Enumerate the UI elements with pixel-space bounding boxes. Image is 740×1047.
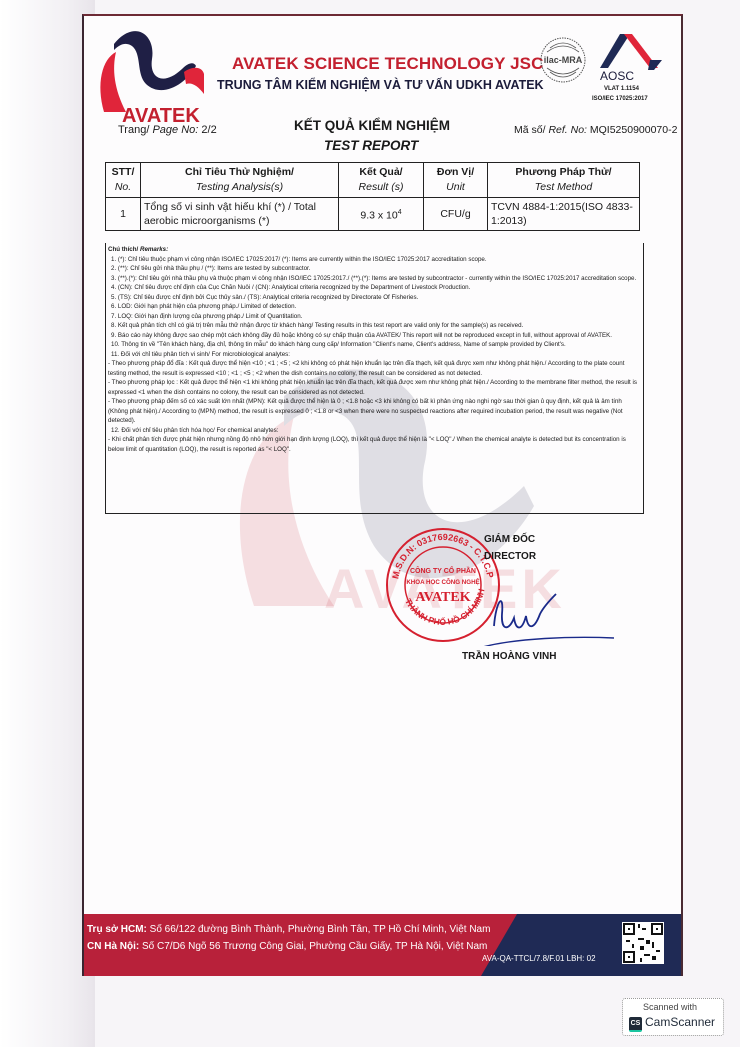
cell-no: 1 <box>106 198 141 231</box>
form-code: AVA-QA-TTCL/7.8/F.01 LBH: 02 <box>482 954 596 963</box>
results-table: STT/No. Chỉ Tiêu Thử Nghiệm/Testing Anal… <box>105 162 640 231</box>
company-name: AVATEK SCIENCE TECHNOLOGY JSC <box>232 54 543 74</box>
col-header-analysis: Chỉ Tiêu Thử Nghiệm/Testing Analysis(s) <box>141 163 339 198</box>
table-row: 1 Tổng số vi sinh vật hiếu khí (*) / Tot… <box>106 198 640 231</box>
cell-result: 9.3 x 104 <box>339 198 424 231</box>
handwritten-signature-icon <box>474 586 614 646</box>
qr-code-icon <box>622 922 664 964</box>
footer-band: Trụ sở HCM: Số 66/122 đường Bình Thành, … <box>84 914 681 976</box>
svg-text:KHOA HỌC CÔNG NGHỆ: KHOA HỌC CÔNG NGHỆ <box>406 578 479 586</box>
remark-item: 4. (CN): Chỉ tiêu được chỉ định của Cục … <box>108 283 641 293</box>
remark-sub-item: - Theo phương pháp lọc : Kết quả được th… <box>108 378 641 397</box>
remark-sub-item: - Theo phương pháp đổ đĩa : Kết quả được… <box>108 359 641 378</box>
ref-label-vn: Mã số/ <box>514 124 546 136</box>
remark-item: 10. Thông tin về "Tên khách hàng, địa ch… <box>108 340 641 350</box>
center-name: TRUNG TÂM KIỂM NGHIỆM VÀ TƯ VẤN UDKH AVA… <box>217 78 544 92</box>
remarks-header: Chú thích/ Remarks: <box>108 245 641 255</box>
remark-item: 1. (*): Chỉ tiêu thuộc phạm vi công nhận… <box>108 255 641 265</box>
footer-hcm-address: Trụ sở HCM: Số 66/122 đường Bình Thành, … <box>87 924 490 935</box>
cell-analysis: Tổng số vi sinh vật hiếu khí (*) / Total… <box>141 198 339 231</box>
report-title-en: TEST REPORT <box>324 138 418 153</box>
page-background-edge <box>0 0 95 1047</box>
remarks-box: Chú thích/ Remarks: 1. (*): Chỉ tiêu thu… <box>105 243 644 514</box>
page-label-vn: Trang/ <box>118 124 149 136</box>
scanned-with-label: Scanned with <box>643 1002 697 1012</box>
reference-number: Mã số/ Ref. No: MQI5250900070-2 <box>514 124 677 136</box>
col-header-no: STT/No. <box>106 163 141 198</box>
avatek-logo-icon: AVATEK <box>94 24 209 124</box>
report-title-vn: KẾT QUẢ KIỂM NGHIỆM <box>294 118 450 133</box>
signatory-title-en: DIRECTOR <box>484 551 536 562</box>
camscanner-app-name: CamScanner <box>645 1015 715 1029</box>
cell-unit: CFU/g <box>424 198 488 231</box>
remark-item: 6. LOD: Giới hạn phát hiện của phương ph… <box>108 302 641 312</box>
remark-item: 8. Kết quả phân tích chỉ có giá trị trên… <box>108 321 641 331</box>
camscanner-watermark: Scanned with CS CamScanner <box>622 998 724 1036</box>
remark-sub-item: - Khi chất phân tích được phát hiện nhưn… <box>108 435 641 454</box>
remark-item: 11. Đối với chỉ tiêu phân tích vi sinh/ … <box>108 350 641 360</box>
aosc-label: AOSC <box>600 69 634 83</box>
signatory-title-vn: GIÁM ĐỐC <box>484 534 535 545</box>
ref-value: MQI5250900070-2 <box>590 124 678 136</box>
svg-text:ilac-MRA: ilac-MRA <box>544 55 583 65</box>
remark-item: 12. Đối với chỉ tiêu phân tích hóa học/ … <box>108 426 641 436</box>
camscanner-logo-icon: CS <box>629 1017 642 1032</box>
page-value: 2/2 <box>201 124 216 136</box>
col-header-unit: Đơn Vị/Unit <box>424 163 488 198</box>
remark-item: 7. LOQ: Giới hạn định lượng của phương p… <box>108 312 641 322</box>
remark-sub-item: - Theo phương pháp đếm số có xác suất lớ… <box>108 397 641 426</box>
test-report-sheet: AVATEK Trang/ Page No: 2/2 AVATEK SCIENC… <box>82 14 683 976</box>
page-label-en: Page No: <box>152 124 198 136</box>
col-header-method: Phương Pháp Thử/Test Method <box>488 163 640 198</box>
remark-item: 9. Báo cáo này không được sao chép một c… <box>108 331 641 341</box>
remark-item: 2. (**): Chỉ tiêu gửi nhà thầu phụ / (**… <box>108 264 641 274</box>
table-header-row: STT/No. Chỉ Tiêu Thử Nghiệm/Testing Anal… <box>106 163 640 198</box>
remark-item: 3. (**).(*): Chỉ tiêu gửi nhà thầu phụ v… <box>108 274 641 284</box>
footer-hanoi-address: CN Hà Nội: Số C7/D6 Ngõ 56 Trương Công G… <box>87 941 487 952</box>
vlat-code: VLAT 1.1154 <box>604 86 639 92</box>
page-number: Trang/ Page No: 2/2 <box>118 124 217 136</box>
svg-text:CÔNG TY CỔ PHẦN: CÔNG TY CỔ PHẦN <box>410 565 476 575</box>
iso-cert: ISO/IEC 17025:2017 <box>592 96 648 102</box>
cell-method: TCVN 4884-1:2015(ISO 4833-1:2013) <box>488 198 640 231</box>
svg-text:AVATEK: AVATEK <box>415 590 470 605</box>
ref-label-en: Ref. No: <box>548 124 587 136</box>
col-header-result: Kết Quả/Result (s) <box>339 163 424 198</box>
ilac-mra-badge-icon: ilac-MRA <box>539 36 587 84</box>
remark-item: 5. (TS): Chỉ tiêu được chỉ định bởi Cục … <box>108 293 641 303</box>
signatory-name: TRẦN HOÀNG VINH <box>462 651 556 662</box>
logo-wordmark: AVATEK <box>122 105 200 124</box>
